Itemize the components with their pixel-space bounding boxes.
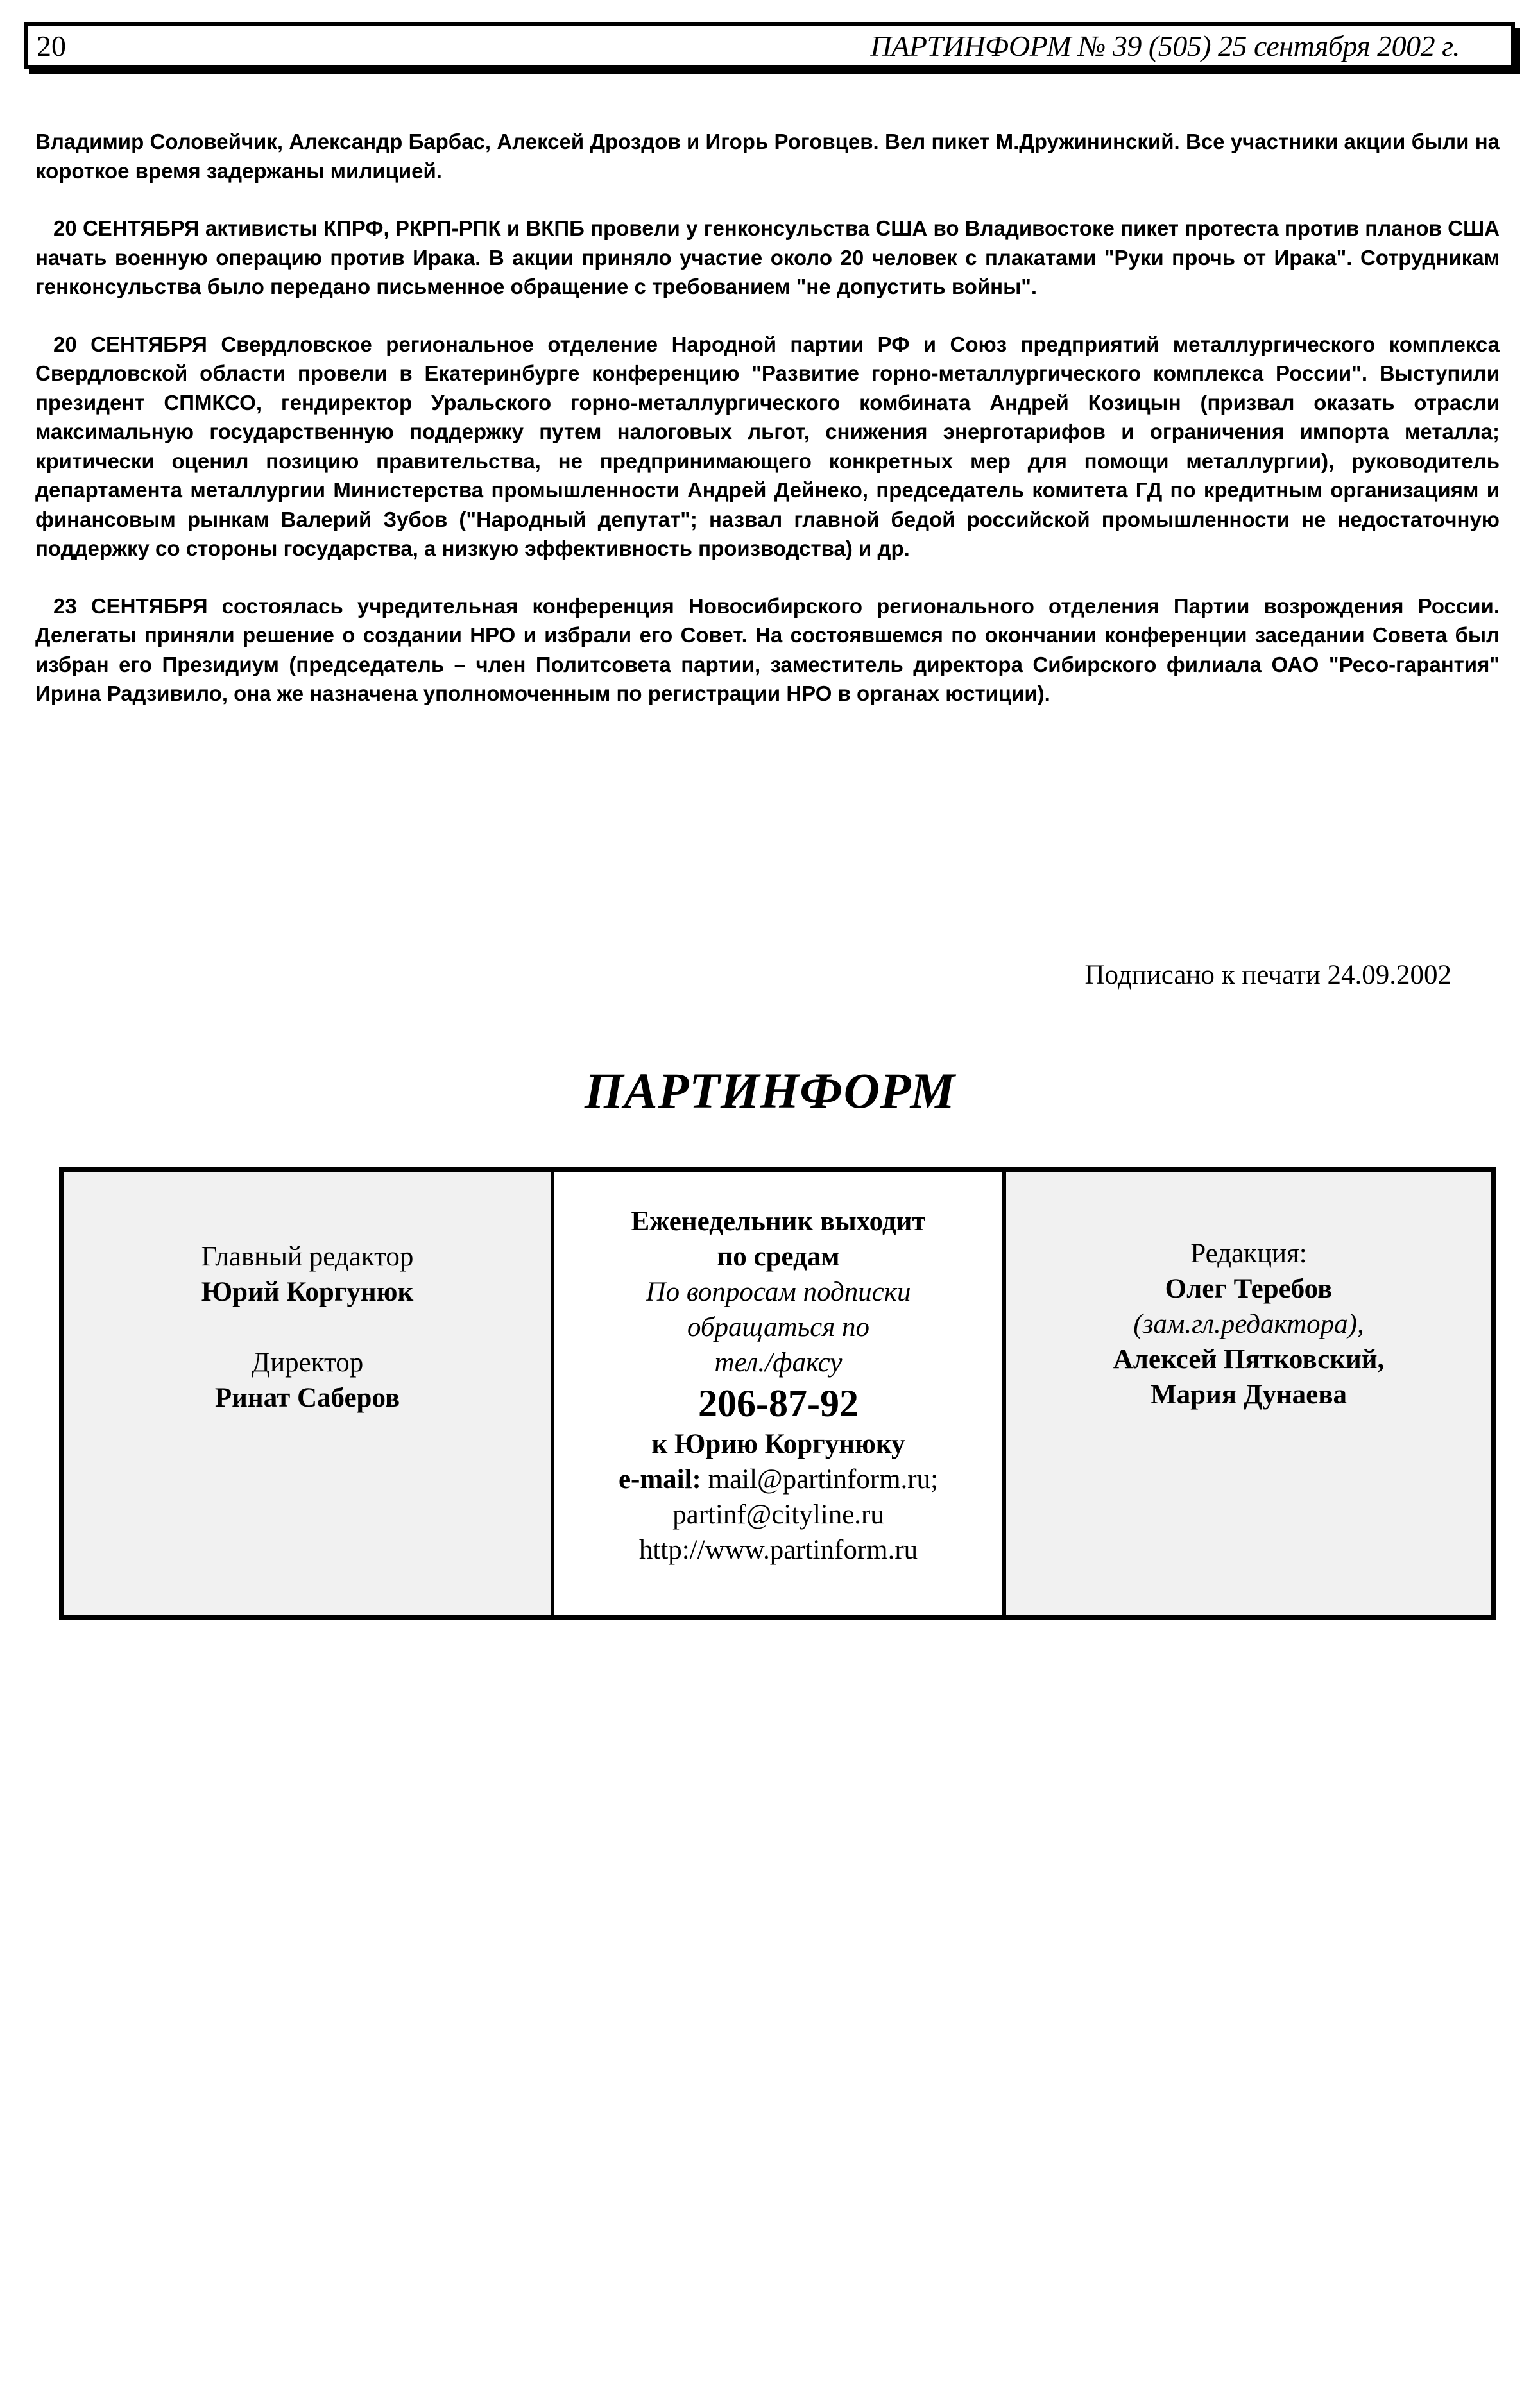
staff-label: Редакция: [1006,1236,1491,1271]
paragraph: 20 СЕНТЯБРЯ активисты КПРФ, РКРП-РПК и В… [35,214,1500,302]
paragraph-text: активисты КПРФ, РКРП-РПК и ВКПБ провели … [35,216,1500,298]
schedule-line: Еженедельник выходит [554,1204,1002,1239]
staff-name: Алексей Пятковский, [1006,1342,1491,1377]
page-number: 20 [37,30,66,62]
paragraph: 23 СЕНТЯБРЯ состоялась учредительная кон… [35,592,1500,708]
imprint-editors-cell: Главный редактор Юрий Коргунюк Директор … [64,1172,554,1615]
director-role: Директор [64,1345,551,1380]
paragraph: 20 СЕНТЯБРЯ Свердловское региональное от… [35,330,1500,563]
signed-to-print: Подписано к печати 24.09.2002 [1085,959,1452,991]
issue-line: ПАРТИНФОРМ № 39 (505) 25 сентября 2002 г… [871,30,1460,62]
masthead-title: ПАРТИНФОРМ [0,1062,1540,1120]
paragraph: Владимир Соловейчик, Александр Барбас, А… [35,127,1500,185]
schedule-line: по средам [554,1239,1002,1274]
imprint-staff-cell: Редакция: Олег Теребов (зам.гл.редактора… [1006,1172,1491,1615]
subscribe-line: обращаться по [554,1310,1002,1345]
phone-number: 206-87-92 [554,1380,1002,1427]
email-link[interactable]: partinf@cityline.ru [554,1497,1002,1532]
staff-name: Мария Дунаева [1006,1377,1491,1412]
contact-person: к Юрию Коргунюку [554,1427,1002,1462]
paragraph-text: Владимир Соловейчик, Александр Барбас, А… [35,130,1500,183]
staff-name: Олег Теребов [1006,1271,1491,1307]
editor-name: Юрий Коргунюк [64,1274,551,1310]
editor-role: Главный редактор [64,1239,551,1274]
imprint-table: Главный редактор Юрий Коргунюк Директор … [59,1167,1496,1620]
paragraph-text: Свердловское региональное отделение Наро… [35,332,1500,561]
subscribe-line: тел./факсу [554,1345,1002,1380]
paragraph-date: 20 СЕНТЯБРЯ [53,332,207,356]
running-header: 20 ПАРТИНФОРМ № 39 (505) 25 сентября 200… [24,22,1515,69]
staff-role: (зам.гл.редактора), [1006,1307,1491,1342]
email-label: e-mail: [619,1464,701,1495]
imprint-contacts-cell: Еженедельник выходит по средам По вопрос… [554,1172,1006,1615]
paragraph-date: 20 СЕНТЯБРЯ [53,216,200,240]
paragraph-text: состоялась учредительная конференция Нов… [35,594,1500,706]
subscribe-line: По вопросам подписки [554,1274,1002,1310]
director-name: Ринат Саберов [64,1380,551,1416]
email-line: e-mail: mail@partinform.ru; [554,1462,1002,1497]
paragraph-date: 23 СЕНТЯБРЯ [53,594,208,618]
website-link[interactable]: http://www.partinform.ru [554,1532,1002,1568]
email-link[interactable]: mail@partinform.ru; [701,1464,938,1495]
article-body: Владимир Соловейчик, Александр Барбас, А… [35,127,1500,737]
